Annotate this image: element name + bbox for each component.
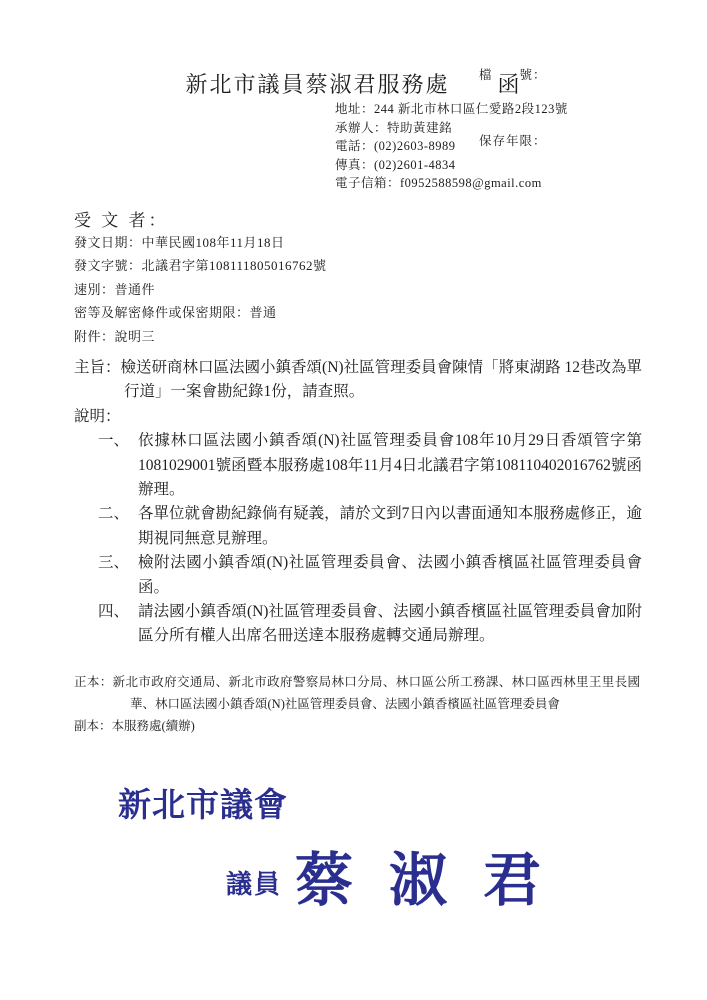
- fax-value: (02)2601-4834: [374, 158, 456, 172]
- subject-text: 檢送研商林口區法國小鎮香頌(N)社區管理委員會陳情「將東湖路 12巷改為單行道」…: [121, 359, 642, 400]
- councilor-name-signature: 蔡淑君: [295, 833, 577, 917]
- speed-value: 普通件: [115, 282, 156, 297]
- security-value: 普通: [250, 305, 277, 320]
- speed-label: 速別：: [74, 282, 115, 297]
- doc-number-label: 發文字號：: [74, 258, 142, 273]
- copy-recipients-line: 副本：本服務處(續辦): [74, 715, 640, 737]
- explanation-item: 二、 各單位就會勘紀錄倘有疑義，請於文到7日內以書面通知本服務處修正，逾期視同無…: [74, 502, 642, 551]
- original-recipients-line: 正本：新北市政府交通局、新北市政府警察局林口分局、林口區公所工務課、林口區西林里…: [74, 671, 640, 715]
- item-number: 二、: [74, 502, 138, 551]
- document-title: 新北市議員蔡淑君服務處 函: [0, 68, 707, 99]
- issue-date-value: 中華民國108年11月18日: [142, 235, 285, 250]
- item-number: 四、: [74, 600, 138, 649]
- address-value: 244 新北市林口區仁愛路2段123號: [374, 102, 568, 116]
- councilor-title-script: 議員: [226, 864, 282, 901]
- item-number: 一、: [74, 429, 138, 502]
- speed-line: 速別：普通件: [74, 278, 327, 301]
- explanation-item: 三、 檢附法國小鎮香頌(N)社區管理委員會、法國小鎮香檳區社區管理委員會函。: [74, 551, 642, 600]
- doc-number-line: 發文字號：北議君字第108111805016762號: [74, 254, 327, 277]
- phone-value: (02)2603-8989: [374, 139, 456, 153]
- fax-line: 傳真：(02)2601-4834: [335, 156, 568, 175]
- contact-person-line: 承辦人：特助黃建銘: [335, 119, 568, 138]
- original-recipients: 新北市政府交通局、新北市政府警察局林口分局、林口區公所工務課、林口區西林里王里長…: [113, 675, 640, 711]
- item-number: 三、: [74, 551, 138, 600]
- explanation-heading: 說明：: [74, 405, 642, 429]
- subject-label: 主旨：: [74, 359, 121, 376]
- contact-value: 特助黃建銘: [387, 121, 452, 135]
- email-label: 電子信箱：: [335, 176, 400, 190]
- copy-recipients: 本服務處(續辦): [112, 719, 195, 733]
- meta-block: 發文日期：中華民國108年11月18日 發文字號：北議君字第1081118050…: [74, 231, 327, 348]
- item-text: 請法國小鎮香頌(N)社區管理委員會、法國小鎮香檳區社區管理委員會加附區分所有權人…: [138, 600, 642, 649]
- distribution-block: 正本：新北市政府交通局、新北市政府警察局林口分局、林口區公所工務課、林口區西林里…: [74, 671, 640, 737]
- item-text: 各單位就會勘紀錄倘有疑義，請於文到7日內以書面通知本服務處修正，逾期視同無意見辦…: [138, 502, 642, 551]
- recipient-line: 受 文 者：: [74, 206, 169, 231]
- explanation-item: 四、 請法國小鎮香頌(N)社區管理委員會、法國小鎮香檳區社區管理委員會加附區分所…: [74, 600, 642, 649]
- fax-label: 傳真：: [335, 158, 374, 172]
- body-block: 主旨：檢送研商林口區法國小鎮香頌(N)社區管理委員會陳情「將東湖路 12巷改為單…: [74, 356, 642, 649]
- council-name-script: 新北市議會: [118, 779, 288, 826]
- address-label: 地址：: [335, 102, 374, 116]
- item-text: 檢附法國小鎮香頌(N)社區管理委員會、法國小鎮香檳區社區管理委員會函。: [138, 551, 642, 600]
- email-value: f0952588598@gmail.com: [400, 176, 542, 190]
- original-label: 正本：: [74, 675, 113, 689]
- sender-info-block: 地址：244 新北市林口區仁愛路2段123號 承辦人：特助黃建銘 電話：(02)…: [335, 100, 568, 193]
- document-page: 檔 號： 保存年限： 新北市議員蔡淑君服務處 函 地址：244 新北市林口區仁愛…: [0, 0, 707, 1000]
- phone-label: 電話：: [335, 139, 374, 153]
- attachment-label: 附件：: [74, 329, 115, 344]
- subject-paragraph: 主旨：檢送研商林口區法國小鎮香頌(N)社區管理委員會陳情「將東湖路 12巷改為單…: [74, 356, 642, 405]
- security-label: 密等及解密條件或保密期限：: [74, 305, 250, 320]
- doc-number-value: 北議君字第108111805016762號: [142, 258, 327, 273]
- attachment-value: 說明三: [115, 329, 156, 344]
- phone-line: 電話：(02)2603-8989: [335, 137, 568, 156]
- explanation-item: 一、 依據林口區法國小鎮香頌(N)社區管理委員會108年10月29日香頌管字第1…: [74, 429, 642, 502]
- issue-date-label: 發文日期：: [74, 235, 142, 250]
- security-line: 密等及解密條件或保密期限：普通: [74, 301, 327, 324]
- contact-label: 承辦人：: [335, 121, 387, 135]
- issue-date-line: 發文日期：中華民國108年11月18日: [74, 231, 327, 254]
- email-line: 電子信箱：f0952588598@gmail.com: [335, 174, 568, 193]
- attachment-line: 附件：說明三: [74, 325, 327, 348]
- address-line: 地址：244 新北市林口區仁愛路2段123號: [335, 100, 568, 119]
- item-text: 依據林口區法國小鎮香頌(N)社區管理委員會108年10月29日香頌管字第1081…: [138, 429, 642, 502]
- copy-label: 副本：: [74, 719, 112, 733]
